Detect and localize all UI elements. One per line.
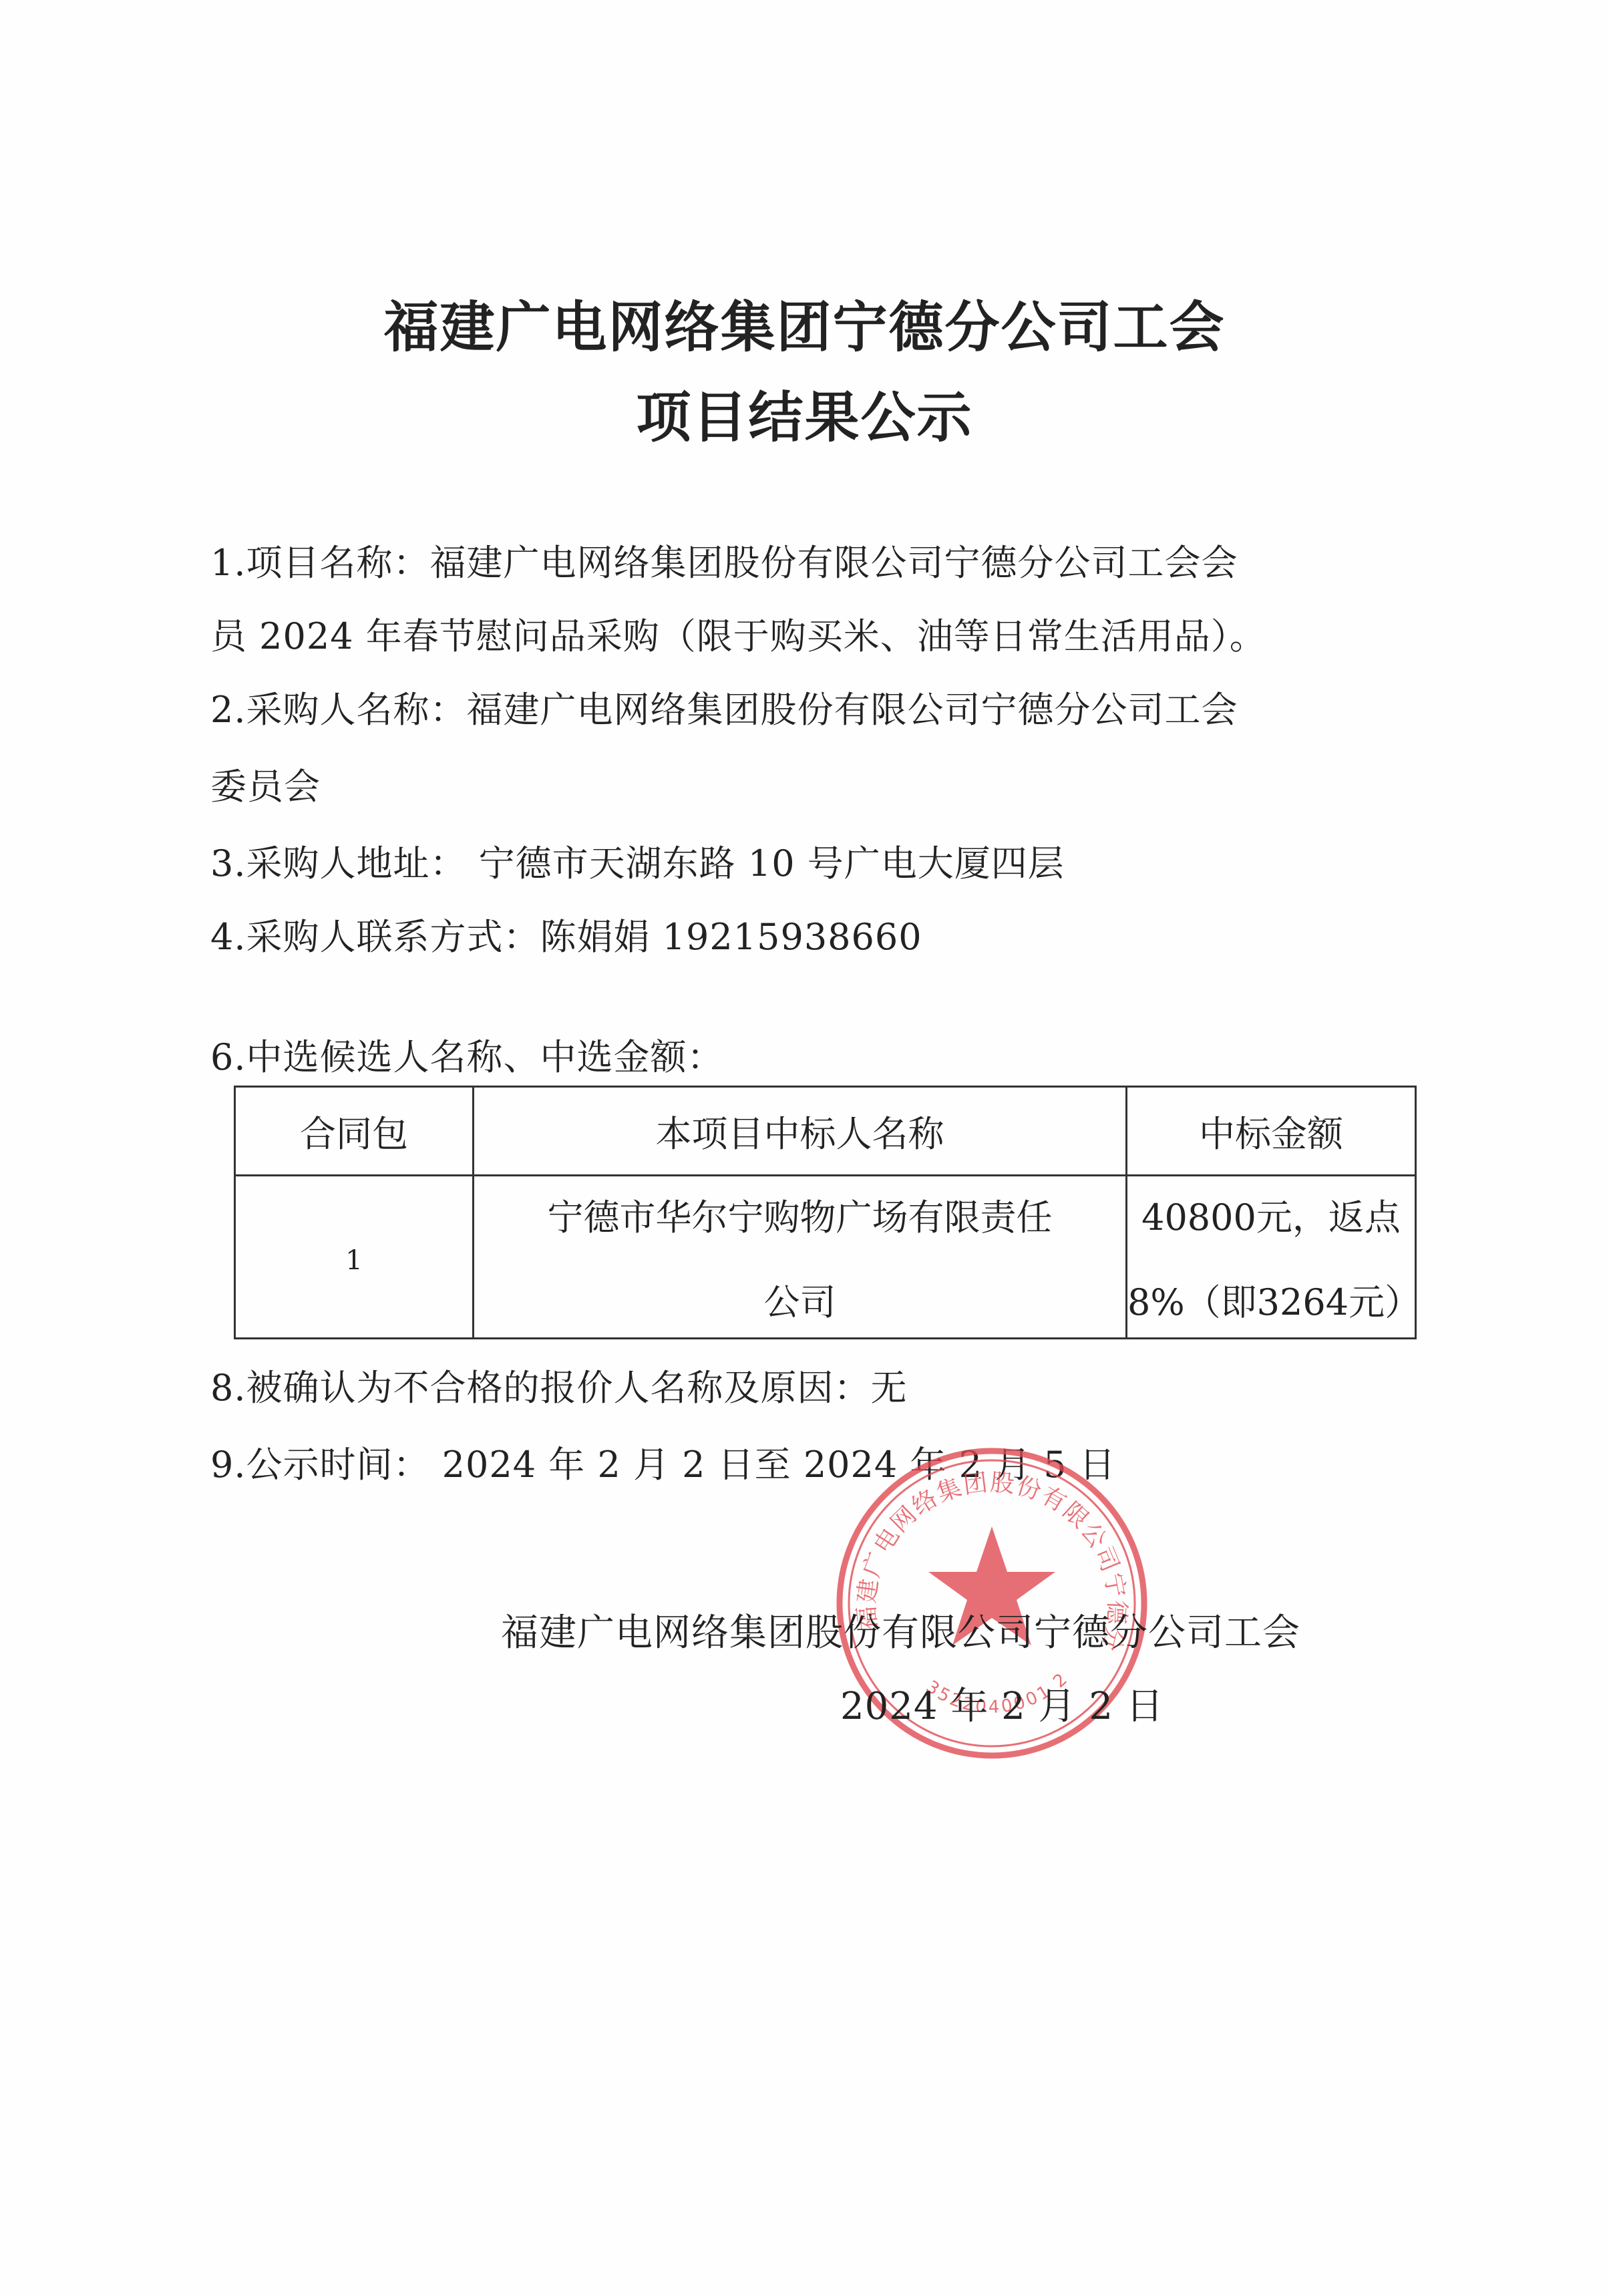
document-page: 福建广电网络集团宁德分公司工会 项目结果公示 1.项目名称：福建广电网络集团股份…: [0, 0, 1609, 2296]
item6-winner-heading: 6.中选候选人名称、中选金额：: [210, 1029, 724, 1080]
table-header-row: 合同包 本项目中标人名称 中标金额: [235, 1087, 1416, 1176]
item1-project-name: 1.项目名称：福建广电网络集团股份有限公司宁德分公司工会会: [210, 534, 1238, 586]
item3-purchaser-address: 3.采购人地址： 宁德市天湖东路 10 号广电大厦四层: [210, 835, 1065, 886]
item4-purchaser-contact: 4.采购人联系方式：陈娟娟 19215938660: [210, 909, 922, 960]
header-package: 合同包: [235, 1087, 474, 1176]
amount-line1: 40800元，返点: [1141, 1189, 1401, 1241]
winner-name-line2: 公司: [764, 1274, 836, 1325]
cell-package: 1: [235, 1176, 474, 1339]
header-winning-amount: 中标金额: [1127, 1087, 1416, 1176]
signature-organization: 福建广电网络集团股份有限公司宁德分公司工会: [501, 1603, 1300, 1657]
table-row: 1 宁德市华尔宁购物广场有限责任 公司 40800元，返点 8%（即3264元）: [235, 1176, 1416, 1339]
package-number: 1: [345, 1245, 362, 1276]
item9-publicity-period: 9.公示时间： 2024 年 2 月 2 日至 2024 年 2 月 5 日: [210, 1436, 1116, 1488]
document-title-line1: 福建广电网络集团宁德分公司工会: [0, 284, 1609, 362]
winner-name-line1: 宁德市华尔宁购物广场有限责任: [548, 1189, 1053, 1241]
header-winner-name: 本项目中标人名称: [474, 1087, 1127, 1176]
signature-date: 2024 年 2 月 2 日: [840, 1677, 1164, 1730]
cell-winning-amount: 40800元，返点 8%（即3264元）: [1127, 1176, 1416, 1339]
cell-winner-name: 宁德市华尔宁购物广场有限责任 公司: [474, 1176, 1127, 1339]
item2-purchaser-name: 2.采购人名称：福建广电网络集团股份有限公司宁德分公司工会: [210, 681, 1238, 733]
item8-disqualified: 8.被确认为不合格的报价人名称及原因：无: [210, 1359, 908, 1411]
item1-project-name-cont: 员 2024 年春节慰问品采购（限于购买米、油等日常生活用品）。: [210, 608, 1266, 659]
winner-table: 合同包 本项目中标人名称 中标金额 1 宁德市华尔宁购物广场有限责任 公司 40…: [234, 1086, 1417, 1339]
item2-purchaser-name-cont: 委员会: [210, 758, 321, 810]
document-title-line2: 项目结果公示: [0, 374, 1609, 452]
amount-line2: 8%（即3264元）: [1127, 1274, 1415, 1325]
